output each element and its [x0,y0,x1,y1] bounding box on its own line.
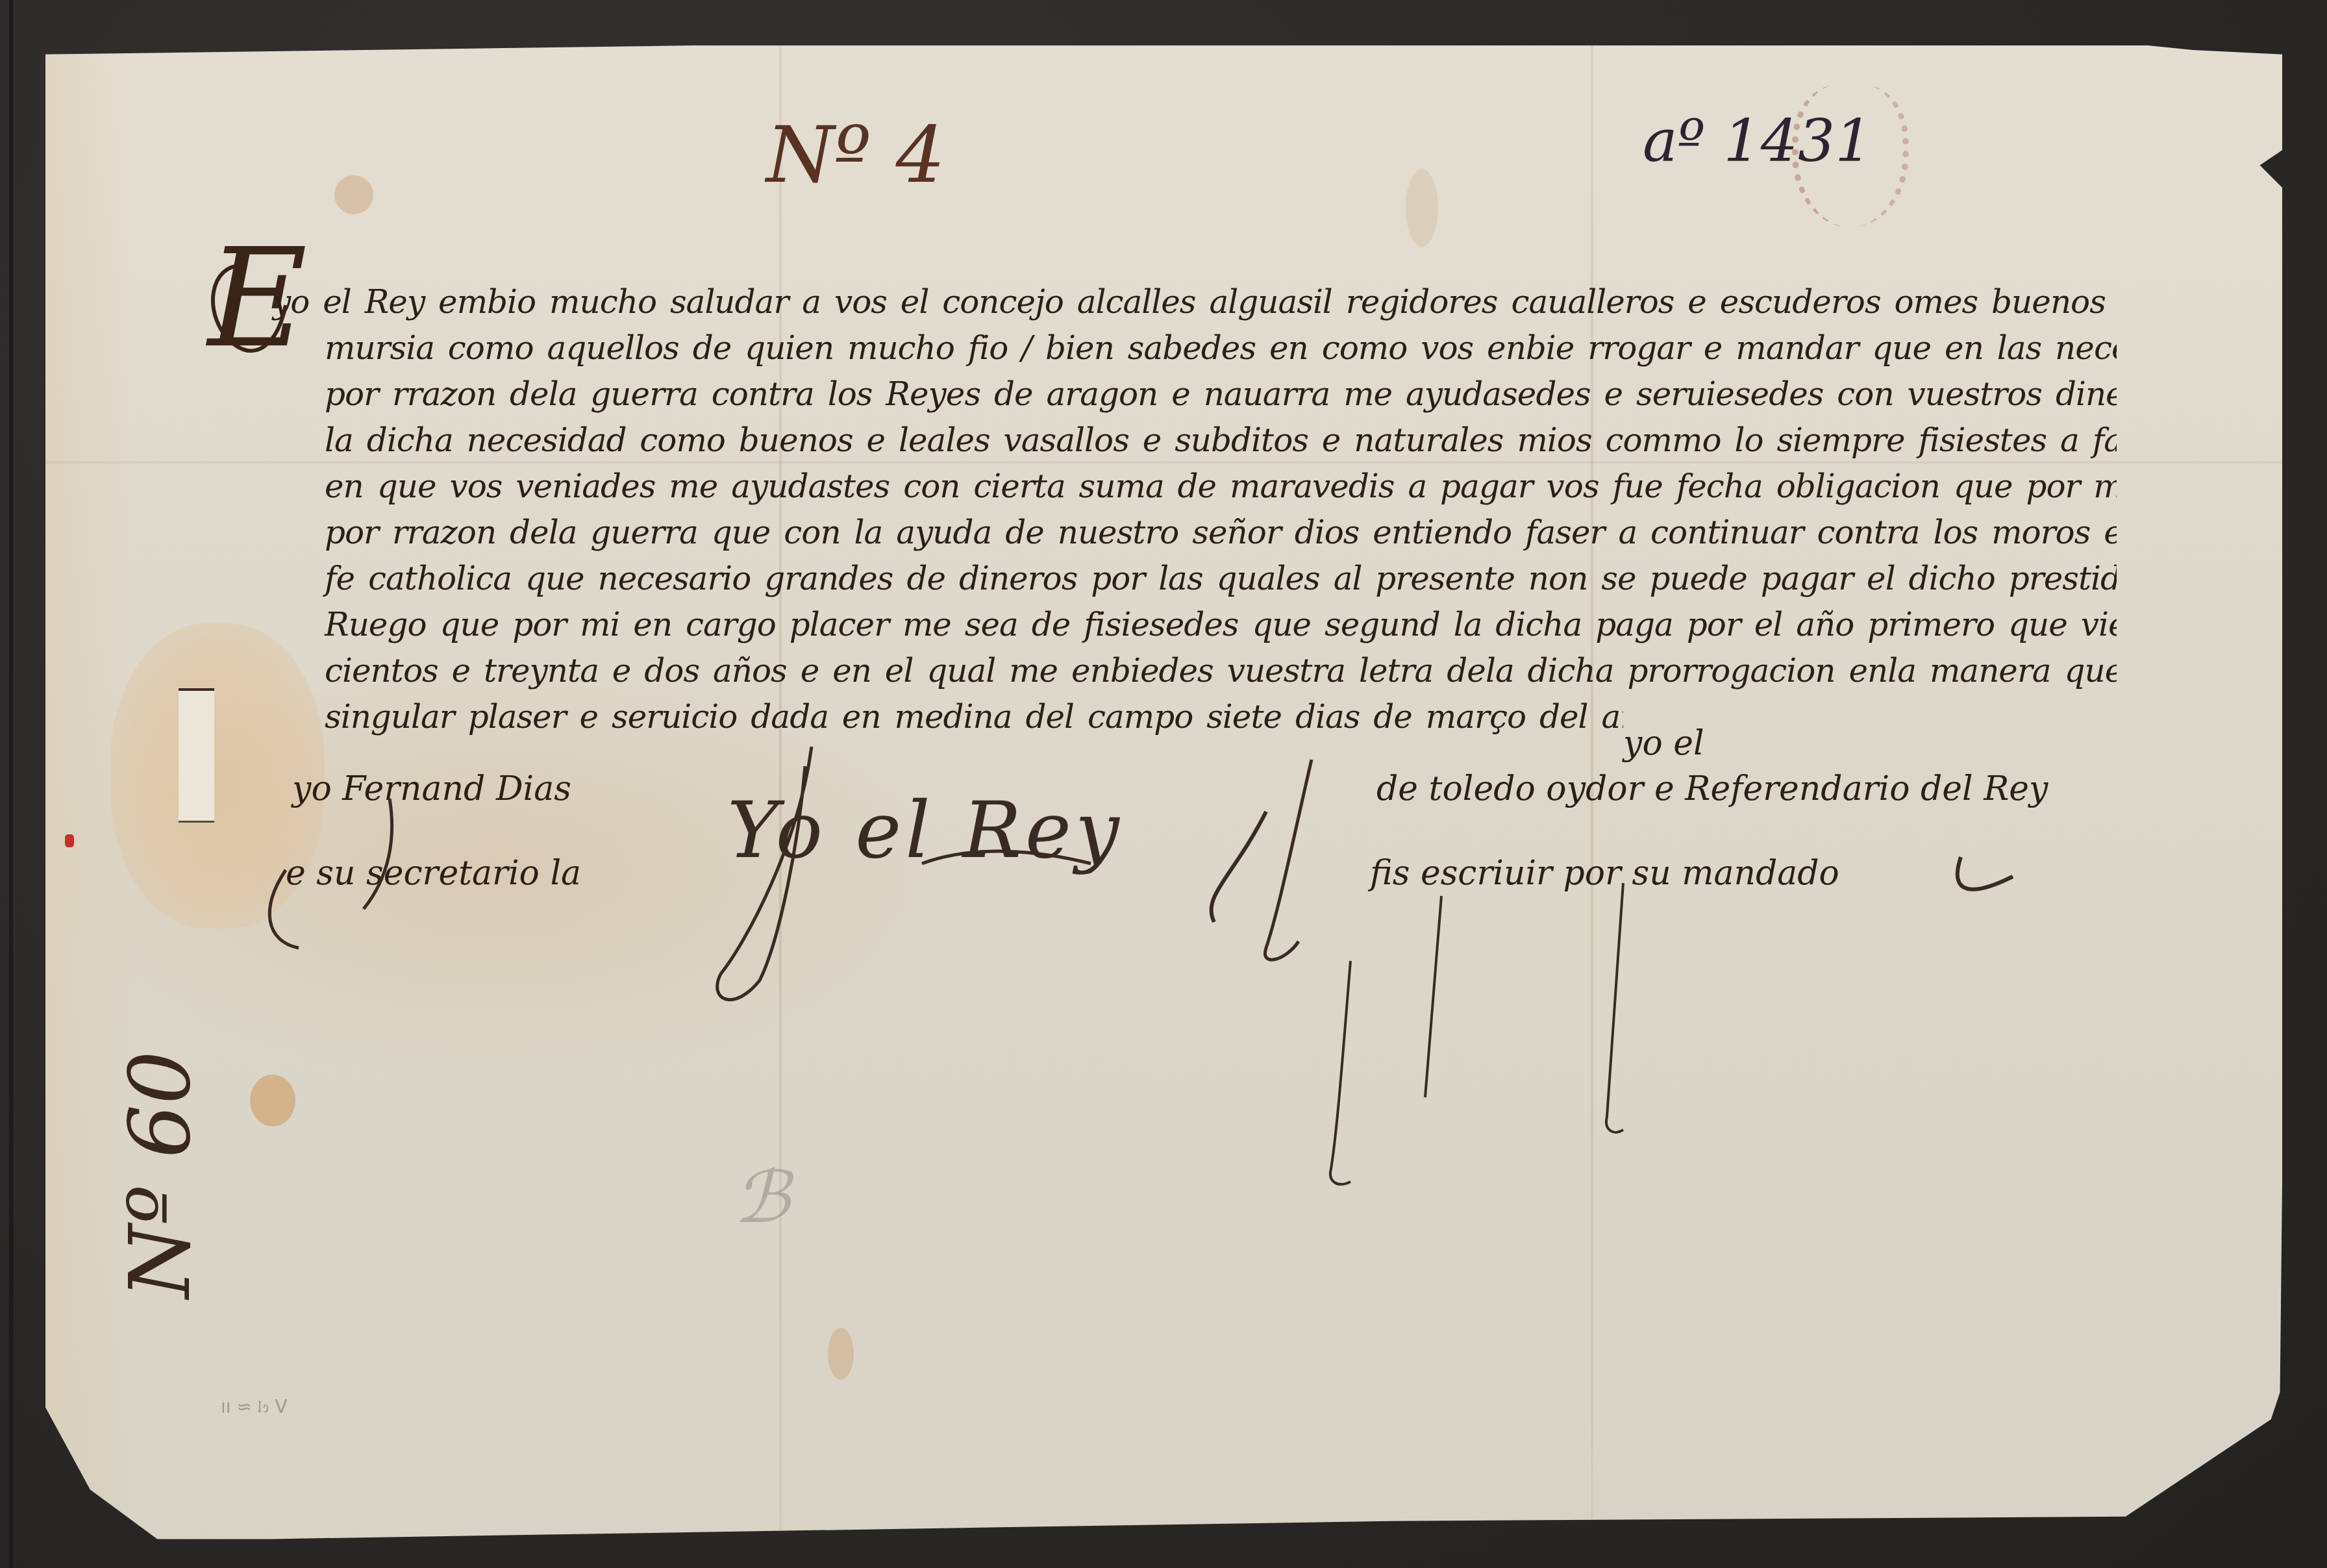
faint-pencil-marks: ℬ [734,1156,790,1239]
signature-flourishes [0,0,2327,1568]
verso-show-through: V 𝔢𝔩 ≈ ıı [221,1396,288,1418]
